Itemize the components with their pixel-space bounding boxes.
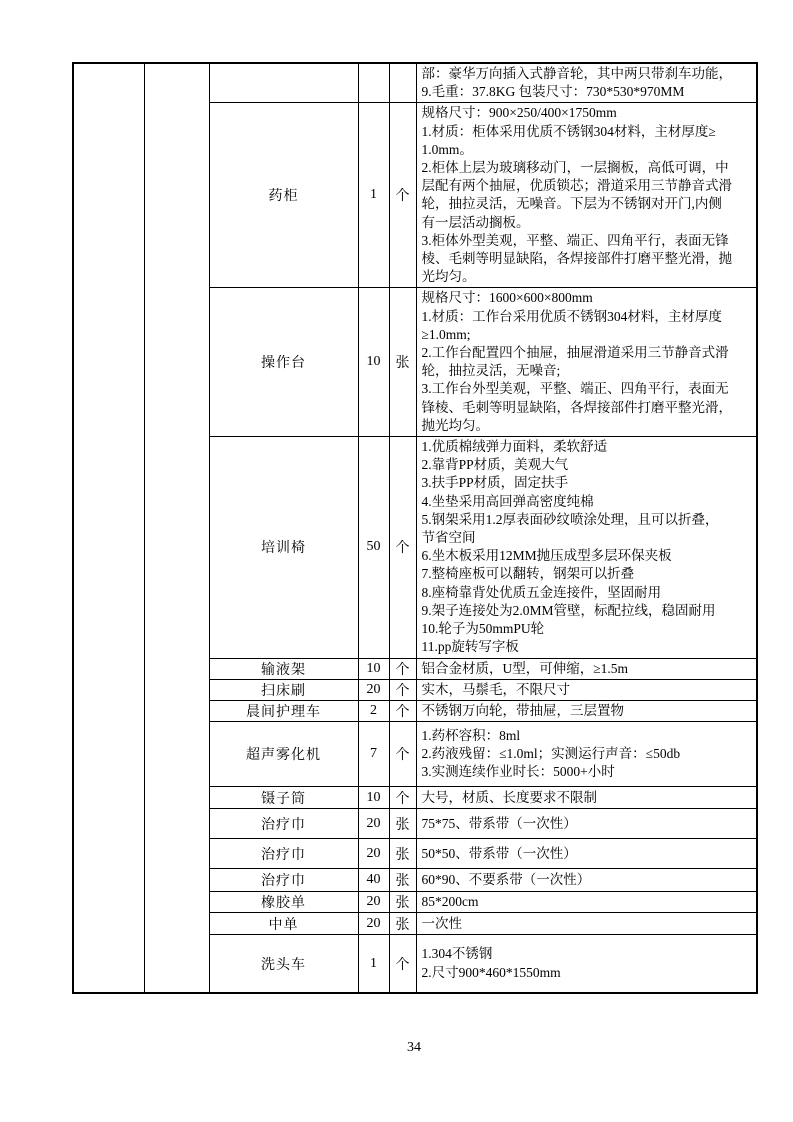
unit-cell: 张 — [389, 892, 416, 913]
quantity-cell: 20 — [358, 892, 389, 913]
page-number: 34 — [72, 1040, 756, 1056]
item-name-cell: 培训椅 — [209, 437, 358, 658]
quantity-cell: 50 — [358, 437, 389, 658]
item-name-cell: 操作台 — [209, 288, 358, 437]
description-cell: 不锈钢万向轮，带抽屉，三层置物 — [416, 700, 757, 721]
description-cell: 75*75、带系带（一次性） — [416, 809, 757, 839]
unit-cell: 个 — [389, 935, 416, 993]
item-name-cell: 扫床刷 — [209, 679, 358, 700]
description-cell: 铝合金材质，U型，可伸缩，≥1.5m — [416, 658, 757, 679]
item-name-cell: 橡胶单 — [209, 892, 358, 913]
quantity-cell: 10 — [358, 658, 389, 679]
quantity-cell: 10 — [358, 288, 389, 437]
unit-cell: 个 — [389, 679, 416, 700]
description-cell: 大号，材质、长度要求不限制 — [416, 787, 757, 809]
description-cell: 1.304不锈钢 2.尺寸900*460*1550mm — [416, 935, 757, 993]
item-name-cell: 治疗巾 — [209, 809, 358, 839]
item-name-cell: 治疗巾 — [209, 839, 358, 869]
item-name-cell: 超声雾化机 — [209, 722, 358, 787]
unit-cell: 张 — [389, 288, 416, 437]
description-cell: 50*50、带系带（一次性） — [416, 839, 757, 869]
quantity-cell: 20 — [358, 809, 389, 839]
equipment-spec-table: 部：豪华万向插入式静音轮，其中两只带刹车功能， 9.毛重：37.8KG 包装尺寸… — [72, 62, 758, 994]
item-name-cell: 晨间护理车 — [209, 700, 358, 721]
left-span-cell-2 — [144, 63, 209, 993]
description-cell: 部：豪华万向插入式静音轮，其中两只带刹车功能， 9.毛重：37.8KG 包装尺寸… — [416, 63, 757, 103]
unit-cell — [389, 63, 416, 103]
unit-cell: 个 — [389, 787, 416, 809]
description-cell: 1.优质棉绒弹力面料，柔软舒适 2.靠背PP材质，美观大气 3.扶手PP材质，固… — [416, 437, 757, 658]
unit-cell: 张 — [389, 869, 416, 892]
item-name-cell: 治疗巾 — [209, 869, 358, 892]
description-cell: 规格尺寸：900×250/400×1750mm 1.材质：柜体采用优质不锈钢30… — [416, 103, 757, 288]
item-name-cell: 中单 — [209, 913, 358, 935]
description-cell: 一次性 — [416, 913, 757, 935]
quantity-cell: 1 — [358, 935, 389, 993]
quantity-cell: 2 — [358, 700, 389, 721]
unit-cell: 张 — [389, 839, 416, 869]
quantity-cell: 40 — [358, 869, 389, 892]
item-name-cell: 药柜 — [209, 103, 358, 288]
unit-cell: 张 — [389, 913, 416, 935]
quantity-cell — [358, 63, 389, 103]
description-cell: 实木，马鬃毛，不限尺寸 — [416, 679, 757, 700]
item-name-cell: 镊子筒 — [209, 787, 358, 809]
table-row: 部：豪华万向插入式静音轮，其中两只带刹车功能， 9.毛重：37.8KG 包装尺寸… — [73, 63, 757, 103]
unit-cell: 个 — [389, 700, 416, 721]
unit-cell: 个 — [389, 437, 416, 658]
quantity-cell: 7 — [358, 722, 389, 787]
item-name-cell: 输液架 — [209, 658, 358, 679]
quantity-cell: 1 — [358, 103, 389, 288]
item-name-cell: 洗头车 — [209, 935, 358, 993]
quantity-cell: 20 — [358, 913, 389, 935]
quantity-cell: 20 — [358, 839, 389, 869]
left-span-cell-1 — [73, 63, 144, 993]
description-cell: 1.药杯容积：8ml 2.药液残留：≤1.0ml；实测运行声音：≤50db 3.… — [416, 722, 757, 787]
unit-cell: 个 — [389, 658, 416, 679]
description-cell: 85*200cm — [416, 892, 757, 913]
document-page: 部：豪华万向插入式静音轮，其中两只带刹车功能， 9.毛重：37.8KG 包装尺寸… — [0, 0, 793, 1122]
quantity-cell: 20 — [358, 679, 389, 700]
unit-cell: 个 — [389, 103, 416, 288]
description-cell: 规格尺寸：1600×600×800mm 1.材质：工作台采用优质不锈钢304材料… — [416, 288, 757, 437]
item-name-cell — [209, 63, 358, 103]
unit-cell: 个 — [389, 722, 416, 787]
quantity-cell: 10 — [358, 787, 389, 809]
unit-cell: 张 — [389, 809, 416, 839]
description-cell: 60*90、不要系带（一次性） — [416, 869, 757, 892]
